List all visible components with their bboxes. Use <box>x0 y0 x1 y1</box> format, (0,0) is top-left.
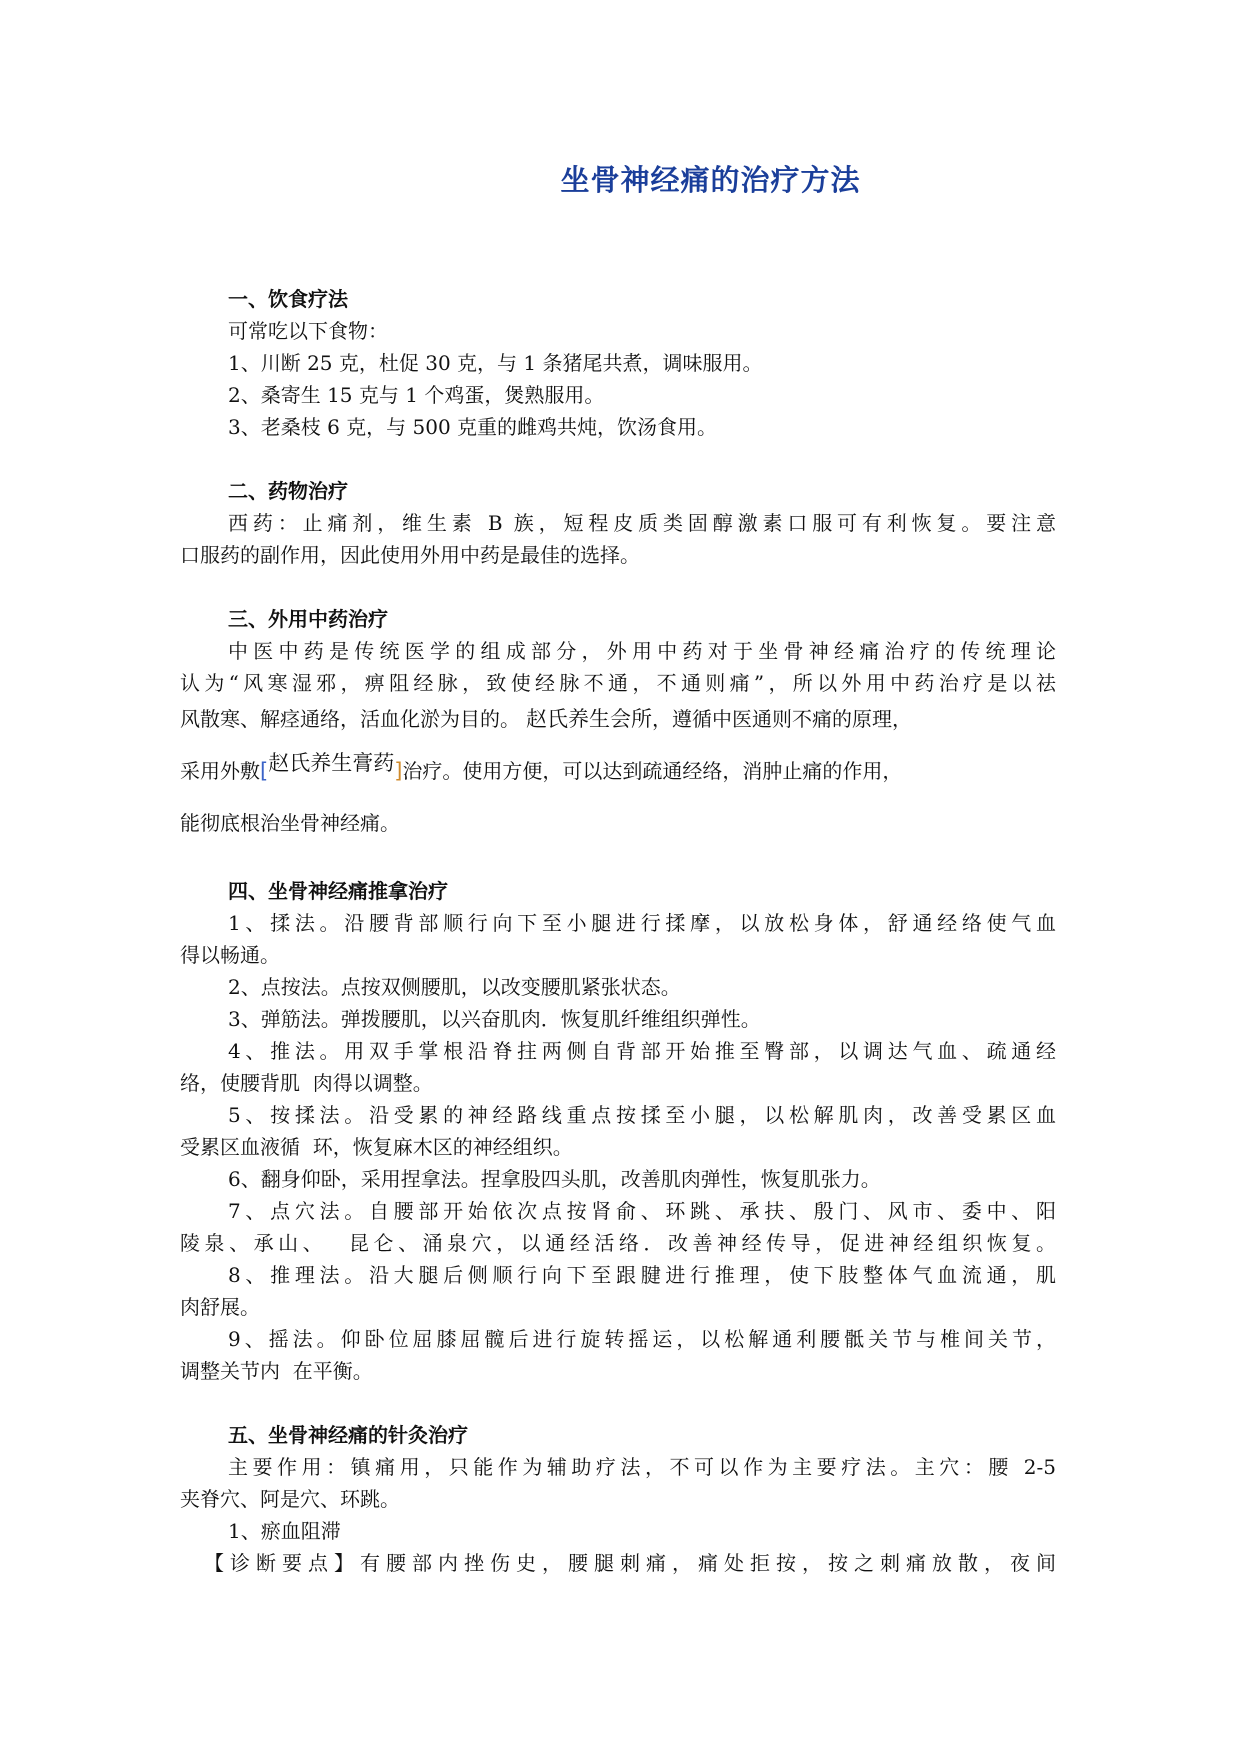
list-item: 7、点穴法。自腰部开始依次点按肾俞、环跳、承扶、殷门、风市、委中、阳 <box>180 1195 1056 1227</box>
document-body: 一、饮食疗法 可常吃以下食物： 1、川断 25 克，杜促 30 克，与 1 条猪… <box>180 283 1056 1579</box>
paragraph-line: 络，使腰背肌 肉得以调整。 <box>180 1067 1056 1099</box>
paragraph-line: 风散寒、解痉通络，活血化淤为目的。赵氏养生会所，遵循中医通则不痛的原理， <box>180 699 1056 739</box>
section-heading: 五、坐骨神经痛的针灸治疗 <box>180 1419 1056 1451</box>
section-diet-therapy: 一、饮食疗法 可常吃以下食物： 1、川断 25 克，杜促 30 克，与 1 条猪… <box>180 283 1056 443</box>
document-page: 坐骨神经痛的治疗方法 一、饮食疗法 可常吃以下食物： 1、川断 25 克，杜促 … <box>0 0 1241 1754</box>
paragraph-line: 肉舒展。 <box>180 1291 1056 1323</box>
paragraph-line: 受累区血液循 环，恢复麻木区的神经组织。 <box>180 1131 1056 1163</box>
spacer <box>180 571 1056 603</box>
list-item: 1、揉法。沿腰背部顺行向下至小腿进行揉摩，以放松身体，舒通经络使气血 <box>180 907 1056 939</box>
paragraph-line: 采用外敷[赵氏养生膏药]治疗。使用方便，可以达到疏通经络，消肿止痛的作用， <box>180 739 1056 803</box>
paragraph-line: 夹脊穴、阿是穴、环跳。 <box>180 1483 1056 1515</box>
paragraph-line: 【诊断要点】有腰部内挫伤史，腰腿刺痛，痛处拒按，按之刺痛放散，夜间 <box>180 1547 1056 1579</box>
list-item: 4、推法。用双手掌根沿脊拄两侧自背部开始推至臀部，以调达气血、疏通经 <box>180 1035 1056 1067</box>
product-name: 赵氏养生膏药 <box>268 751 394 775</box>
paragraph-line: 中医中药是传统医学的组成部分，外用中药对于坐骨神经痛治疗的传统理论 <box>180 635 1056 667</box>
section-heading: 四、坐骨神经痛推拿治疗 <box>180 875 1056 907</box>
paragraph-line: 调整关节内 在平衡。 <box>180 1355 1056 1387</box>
paragraph-line: 西药：止痛剂，维生素 B 族，短程皮质类固醇激素口服可有利恢复。要注意 <box>180 507 1056 539</box>
bracket-open: [ <box>260 759 268 783</box>
text-run: 治疗。使用方便，可以达到疏通经络，消肿止痛的作用， <box>402 759 902 783</box>
list-item: 6、翻身仰卧，采用捏拿法。捏拿股四头肌，改善肌肉弹性，恢复肌张力。 <box>180 1163 1056 1195</box>
paragraph-line: 认为“风寒湿邪，痹阻经脉，致使经脉不通，不通则痛”，所以外用中药治疗是以祛 <box>180 667 1056 699</box>
list-item: 5、按揉法。沿受累的神经路线重点按揉至小腿，以松解肌肉，改善受累区血 <box>180 1099 1056 1131</box>
spacer <box>180 443 1056 475</box>
section-massage-therapy: 四、坐骨神经痛推拿治疗 1、揉法。沿腰背部顺行向下至小腿进行揉摩，以放松身体，舒… <box>180 875 1056 1387</box>
paragraph-line: 口服药的副作用，因此使用外用中药是最佳的选择。 <box>180 539 1056 571</box>
list-item: 3、老桑枝 6 克，与 500 克重的雌鸡共炖，饮汤食用。 <box>180 411 1056 443</box>
list-item: 8、推理法。沿大腿后侧顺行向下至跟腱进行推理，使下肢整体气血流通，肌 <box>180 1259 1056 1291</box>
paragraph-line: 主要作用：镇痛用，只能作为辅助疗法，不可以作为主要疗法。主穴：腰 2-5 <box>180 1451 1056 1483</box>
section-drug-therapy: 二、药物治疗 西药：止痛剂，维生素 B 族，短程皮质类固醇激素口服可有利恢复。要… <box>180 475 1056 571</box>
clinic-name: 赵氏养生会所 <box>526 707 652 731</box>
list-item: 1、川断 25 克，杜促 30 克，与 1 条猪尾共煮，调味服用。 <box>180 347 1056 379</box>
paragraph-line: 得以畅通。 <box>180 939 1056 971</box>
section-heading: 三、外用中药治疗 <box>180 603 1056 635</box>
section-acupuncture: 五、坐骨神经痛的针灸治疗 主要作用：镇痛用，只能作为辅助疗法，不可以作为主要疗法… <box>180 1419 1056 1579</box>
text-run: ，遵循中医通则不痛的原理， <box>652 707 912 731</box>
list-item: 3、弹筋法。弹拨腰肌，以兴奋肌肉．恢复肌纤维组织弹性。 <box>180 1003 1056 1035</box>
list-item: 1、瘀血阻滞 <box>180 1515 1056 1547</box>
spacer <box>180 1387 1056 1419</box>
paragraph-line: 能彻底根治坐骨神经痛。 <box>180 803 1056 843</box>
section-heading: 一、饮食疗法 <box>180 283 1056 315</box>
text-run: 风散寒、解痉通络，活血化淤为目的。 <box>180 707 520 731</box>
page-title: 坐骨神经痛的治疗方法 <box>0 158 1241 199</box>
section-heading: 二、药物治疗 <box>180 475 1056 507</box>
list-item: 2、点按法。点按双侧腰肌，以改变腰肌紧张状态。 <box>180 971 1056 1003</box>
list-item: 9、摇法。仰卧位屈膝屈髋后进行旋转摇运，以松解通利腰骶关节与椎间关节， <box>180 1323 1056 1355</box>
spacer <box>180 843 1056 875</box>
section-external-tcm: 三、外用中药治疗 中医中药是传统医学的组成部分，外用中药对于坐骨神经痛治疗的传统… <box>180 603 1056 843</box>
paragraph-line: 可常吃以下食物： <box>180 315 1056 347</box>
list-item: 2、桑寄生 15 克与 1 个鸡蛋，煲熟服用。 <box>180 379 1056 411</box>
paragraph-line: 陵泉、承山、 昆仑、涌泉穴，以通经活络．改善神经传导，促进神经组织恢复。 <box>180 1227 1056 1259</box>
text-run: 采用外敷 <box>180 759 260 783</box>
